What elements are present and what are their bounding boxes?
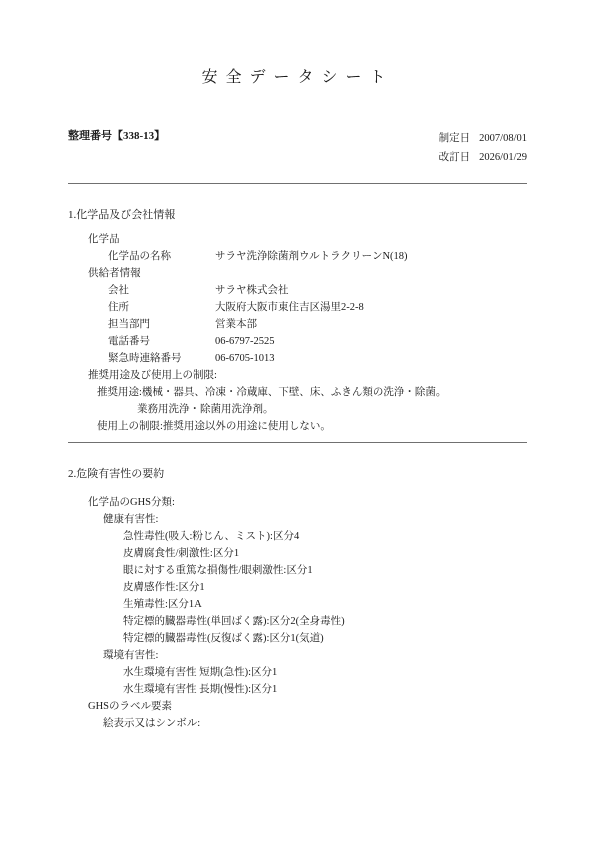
use-restriction-line: 使用上の制限:推奨用途以外の用途に使用しない。 xyxy=(0,418,595,435)
health-hazard-item: 皮膚腐食性/刺激性:区分1 xyxy=(0,545,595,562)
revised-date-row: 改訂日 2026/01/29 xyxy=(439,148,527,167)
revised-date-value: 2026/01/29 xyxy=(479,148,527,167)
supplier-row-phone: 電話番号 06-6797-2525 xyxy=(0,333,595,350)
supplier-emergency-value: 06-6705-1013 xyxy=(215,350,595,367)
health-hazard-item: 特定標的臓器毒性(反復ばく露):区分1(気道) xyxy=(0,630,595,647)
established-date-row: 制定日 2007/08/01 xyxy=(439,129,527,148)
health-hazard-item: 眼に対する重篤な損傷性/眼刺激性:区分1 xyxy=(0,562,595,579)
recommended-use-line2: 業務用洗浄・除菌用洗浄剤。 xyxy=(0,401,595,418)
supplier-address-value: 大阪府大阪市東住吉区湯里2-2-8 xyxy=(215,299,595,316)
chemical-group-label: 化学品 xyxy=(0,231,595,248)
chemical-name-label: 化学品の名称 xyxy=(108,248,215,265)
chemical-name-row: 化学品の名称 サラヤ洗浄除菌剤ウルトラクリーンN(18) xyxy=(0,248,595,265)
recommended-use-line: 推奨用途:機械・器具、冷凍・冷蔵庫、下壁、床、ふきん類の洗浄・除菌。 xyxy=(0,384,595,401)
environmental-hazard-item: 水生環境有害性 長期(慢性):区分1 xyxy=(0,681,595,698)
supplier-department-value: 営業本部 xyxy=(215,316,595,333)
revised-date-label: 改訂日 xyxy=(439,148,471,167)
health-hazard-item: 急性毒性(吸入:粉じん、ミスト):区分4 xyxy=(0,528,595,545)
section2-body: 化学品のGHS分類: 健康有害性: 急性毒性(吸入:粉じん、ミスト):区分4 皮… xyxy=(0,494,595,732)
use-restriction-heading: 推奨用途及び使用上の制限: xyxy=(0,367,595,384)
health-hazard-item: 生殖毒性:区分1A xyxy=(0,596,595,613)
header-divider xyxy=(68,183,527,184)
ghs-label-elements-heading: GHSのラベル要素 xyxy=(0,698,595,715)
section2-heading: 2.危険有害性の要約 xyxy=(68,468,595,480)
ghs-classification-heading: 化学品のGHS分類: xyxy=(0,494,595,511)
section1-body: 化学品 化学品の名称 サラヤ洗浄除菌剤ウルトラクリーンN(18) 供給者情報 会… xyxy=(0,231,595,435)
sds-document-page: 安全データシート 整理番号【338-13】 制定日 2007/08/01 改訂日… xyxy=(0,0,595,842)
environmental-hazard-heading: 環境有害性: xyxy=(0,647,595,664)
supplier-department-label: 担当部門 xyxy=(108,316,215,333)
supplier-row-address: 住所 大阪府大阪市東住吉区湯里2-2-8 xyxy=(0,299,595,316)
section1-heading: 1.化学品及び会社情報 xyxy=(68,209,595,221)
supplier-phone-label: 電話番号 xyxy=(108,333,215,350)
document-header: 整理番号【338-13】 制定日 2007/08/01 改訂日 2026/01/… xyxy=(68,129,527,167)
health-hazard-item: 特定標的臓器毒性(単回ばく露):区分2(全身毒性) xyxy=(0,613,595,630)
supplier-emergency-label: 緊急時連絡番号 xyxy=(108,350,215,367)
environmental-hazard-item: 水生環境有害性 短期(急性):区分1 xyxy=(0,664,595,681)
established-date-value: 2007/08/01 xyxy=(479,129,527,148)
supplier-company-value: サラヤ株式会社 xyxy=(215,282,595,299)
health-hazard-item: 皮膚感作性:区分1 xyxy=(0,579,595,596)
document-number: 整理番号【338-13】 xyxy=(68,129,165,143)
date-block: 制定日 2007/08/01 改訂日 2026/01/29 xyxy=(439,129,527,167)
section-divider xyxy=(68,442,527,443)
health-hazard-heading: 健康有害性: xyxy=(0,511,595,528)
supplier-address-label: 住所 xyxy=(108,299,215,316)
document-title: 安全データシート xyxy=(0,0,595,86)
pictogram-symbol-heading: 絵表示又はシンボル: xyxy=(0,715,595,732)
supplier-row-company: 会社 サラヤ株式会社 xyxy=(0,282,595,299)
supplier-company-label: 会社 xyxy=(108,282,215,299)
supplier-group-label: 供給者情報 xyxy=(0,265,595,282)
supplier-phone-value: 06-6797-2525 xyxy=(215,333,595,350)
supplier-row-department: 担当部門 営業本部 xyxy=(0,316,595,333)
established-date-label: 制定日 xyxy=(439,129,471,148)
chemical-name-value: サラヤ洗浄除菌剤ウルトラクリーンN(18) xyxy=(215,248,595,265)
supplier-row-emergency: 緊急時連絡番号 06-6705-1013 xyxy=(0,350,595,367)
